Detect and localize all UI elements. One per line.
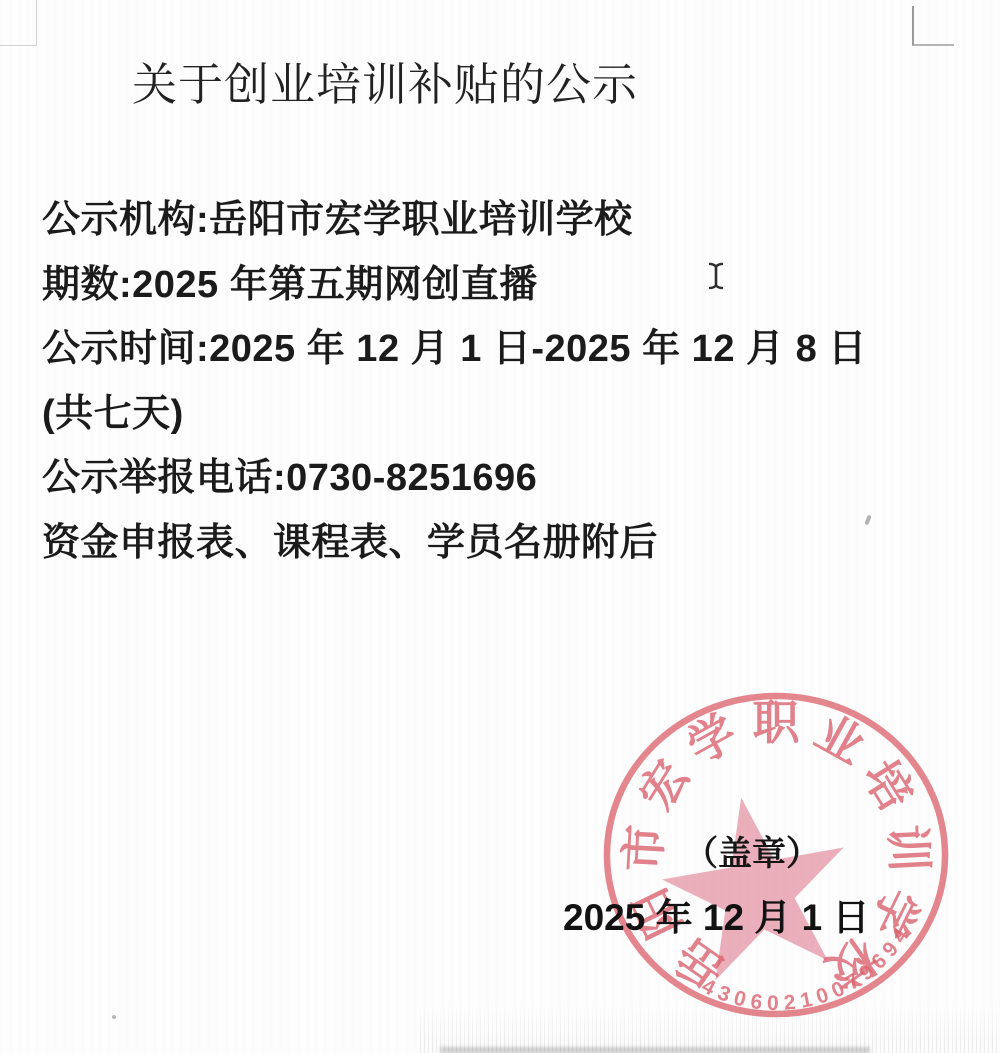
scan-corner-mark-top-left xyxy=(0,0,37,46)
notice-body: 公示机构:岳阳市宏学职业培训学校 期数:2025 年第五期网创直播 公示时间:2… xyxy=(42,188,867,576)
seal-here-label: （盖章） xyxy=(684,826,820,875)
scan-corner-mark-top-right xyxy=(912,6,954,46)
text-cursor-ibeam-icon xyxy=(706,261,726,291)
notice-document: 关于创业培训补贴的公示 公示机构:岳阳市宏学职业培训学校 期数:2025 年第五… xyxy=(0,0,1000,1053)
seal-circle-char: 市 xyxy=(616,823,671,873)
signature-date: 2025 年 12 月 1 日 xyxy=(563,887,869,941)
page-title: 关于创业培训补贴的公示 xyxy=(132,48,638,113)
notice-line-report-phone: 公示举报电话:0730-8251696 xyxy=(42,446,867,511)
scan-noise-bottom xyxy=(420,1005,1000,1053)
notice-line-attachments: 资金申报表、课程表、学员名册附后 xyxy=(42,511,867,576)
scan-smudge-bottom xyxy=(440,1047,870,1053)
notice-line-publicity-time: 公示时间:2025 年 12 月 1 日-2025 年 12 月 8 日 xyxy=(42,317,867,382)
seal-serial-digit: 3 xyxy=(714,981,733,1007)
seal-circle-char: 职 xyxy=(753,696,801,749)
notice-line-period: 期数:2025 年第五期网创直播 xyxy=(42,253,867,318)
seal-circle-char: 训 xyxy=(881,823,936,873)
seal-circle-char: 业 xyxy=(807,705,874,774)
scan-speck xyxy=(112,1015,116,1019)
notice-line-organization: 公示机构:岳阳市宏学职业培训学校 xyxy=(42,188,867,253)
notice-line-duration: (共七天) xyxy=(42,382,867,447)
seal-circle-char: 学 xyxy=(678,705,745,774)
